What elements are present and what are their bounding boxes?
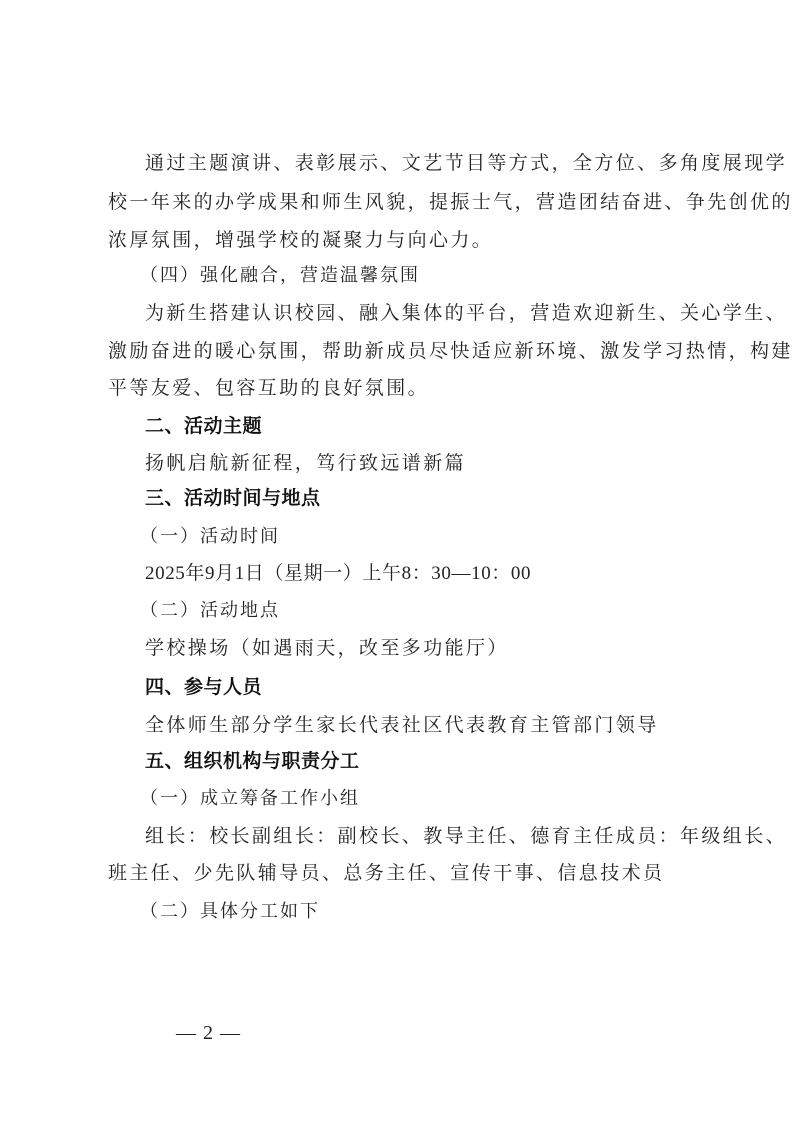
body-text-line: 通过主题演讲、表彰展示、文艺节目等方式，全方位、多角度展现学 <box>145 149 745 177</box>
body-text-line: 组长：校长副组长：副校长、教导主任、德育主任成员：年级组长、 <box>145 822 745 850</box>
body-text-line: 平等友爱、包容互助的良好氛围。 <box>108 374 708 402</box>
subsection-heading: （一）活动时间 <box>140 523 740 551</box>
subsection-heading: （二）具体分工如下 <box>140 898 740 926</box>
subsection-heading: （四）强化融合，营造温馨氛围 <box>140 262 740 290</box>
body-text-line: 学校操场（如遇雨天，改至多功能厅） <box>145 634 745 662</box>
body-text-line: 校一年来的办学成果和师生风貌，提振士气，营造团结奋进、争先创优的 <box>108 188 708 216</box>
section-heading: 二、活动主题 <box>145 412 745 440</box>
section-heading: 四、参与人员 <box>145 673 745 701</box>
body-text-line: 扬帆启航新征程，笃行致远谱新篇 <box>145 449 745 477</box>
subsection-heading: （一）成立筹备工作小组 <box>140 785 740 813</box>
body-text-line: 班主任、少先队辅导员、总务主任、宣传干事、信息技术员 <box>108 859 708 887</box>
body-text-line: 为新生搭建认识校园、融入集体的平台，营造欢迎新生、关心学生、 <box>145 299 745 327</box>
section-heading: 三、活动时间与地点 <box>145 484 745 512</box>
page-number: — 2 — <box>176 1020 241 1046</box>
body-text-line: 浓厚氛围，增强学校的凝聚力与向心力。 <box>108 226 708 254</box>
body-text-line: 激励奋进的暖心氛围，帮助新成员尽快适应新环境、激发学习热情，构建 <box>108 337 708 365</box>
subsection-heading: （二）活动地点 <box>140 597 740 625</box>
body-text-line: 全体师生部分学生家长代表社区代表教育主管部门领导 <box>145 711 745 739</box>
body-text-line: 2025年9月1日（星期一）上午8：30—10：00 <box>145 560 745 588</box>
section-heading: 五、组织机构与职责分工 <box>145 747 745 775</box>
document-page: 通过主题演讲、表彰展示、文艺节目等方式，全方位、多角度展现学 校一年来的办学成果… <box>0 0 794 1122</box>
